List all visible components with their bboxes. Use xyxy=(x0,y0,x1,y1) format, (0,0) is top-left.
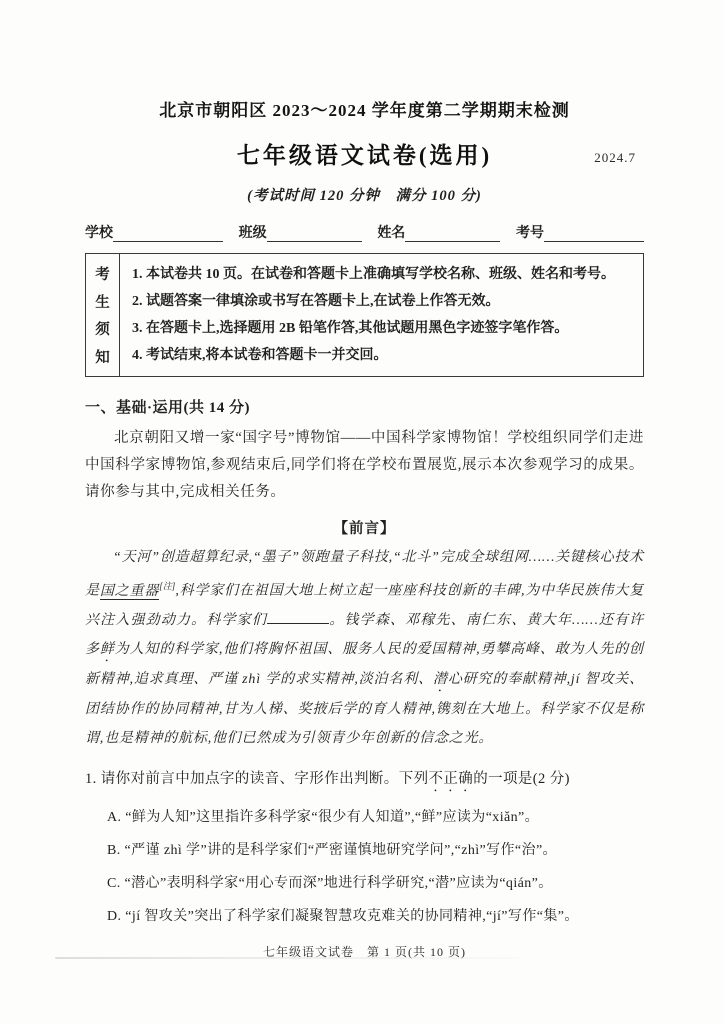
question1-stem: 1. 请你对前言中加点字的读音、字形作出判断。下列不正确的一项是(2 分) xyxy=(85,766,644,795)
page-content: 北京市朝阳区 2023～2024 学年度第二学期期末检测 七年级语文试卷(选用)… xyxy=(0,0,724,960)
class-field: 班级 xyxy=(239,222,362,242)
school-field-label: 学校 xyxy=(85,222,113,242)
notice-side-label: 考 生 须 知 xyxy=(86,254,120,376)
notice-side-char: 生 xyxy=(95,291,110,312)
page-title: 七年级语文试卷(选用) xyxy=(237,137,492,170)
question1-option-a: A. “鲜为人知”这里指许多科学家“很少有人知道”,“鲜”应读为“xiǎn”。 xyxy=(107,801,644,834)
notice-side-char: 须 xyxy=(95,318,110,339)
section1-intro-paragraph: 北京朝阳又增一家“国字号”博物馆——中国科学家博物馆！学校组织同学们走进中国科学… xyxy=(85,425,644,506)
question1-option-c: C. “潜心”表明科学家“用心专而深”地进行科学研究,“潜”应读为“qián”。 xyxy=(107,867,644,900)
preface-title: 【前言】 xyxy=(85,517,644,538)
question1-option-d: D. “jí 智攻关”突出了科学家们凝聚智慧攻克难关的协同精神,“jí”写作“集… xyxy=(107,900,644,933)
notice-side-char: 考 xyxy=(95,263,110,284)
exam-number-field-blank xyxy=(544,226,644,242)
preface-paragraph: “天河”创造超算纪录,“墨子”领跑量子科技,“北斗”完成全球组网……关键核心技术… xyxy=(85,543,644,753)
class-field-label: 班级 xyxy=(239,222,267,242)
notice-items: 1. 本试卷共 10 页。在试卷和答题卡上准确填写学校名称、班级、姓名和考号。 … xyxy=(120,254,643,376)
scan-artifact-line xyxy=(55,957,520,959)
name-field-blank xyxy=(405,226,500,242)
school-field: 学校 xyxy=(85,222,223,242)
title-row: 七年级语文试卷(选用) 2024.7 xyxy=(85,137,644,170)
exam-number-field: 考号 xyxy=(516,222,644,242)
class-field-blank xyxy=(267,226,362,242)
section1-heading: 一、基础·运用(共 14 分) xyxy=(85,396,644,417)
school-field-blank xyxy=(113,226,223,242)
notice-item: 3. 在答题卡上,选择题用 2B 铅笔作答,其他试题用黑色字迹签字笔作答。 xyxy=(132,315,633,342)
notice-item: 2. 试题答案一律填涂或书写在答题卡上,在试卷上作答无效。 xyxy=(132,288,633,315)
exam-header-line: 北京市朝阳区 2023～2024 学年度第二学期期末检测 xyxy=(85,96,644,121)
student-fields-row: 学校 班级 姓名 考号 xyxy=(85,222,644,242)
exam-number-field-label: 考号 xyxy=(516,222,544,242)
exam-info-line: (考试时间 120 分钟 满分 100 分) xyxy=(85,184,644,205)
notice-side-char: 知 xyxy=(95,346,110,367)
notice-item: 1. 本试卷共 10 页。在试卷和答题卡上准确填写学校名称、班级、姓名和考号。 xyxy=(132,261,633,288)
candidate-notice-table: 考 生 须 知 1. 本试卷共 10 页。在试卷和答题卡上准确填写学校名称、班级… xyxy=(85,253,644,377)
name-field-label: 姓名 xyxy=(377,222,405,242)
scanned-exam-page: 北京市朝阳区 2023～2024 学年度第二学期期末检测 七年级语文试卷(选用)… xyxy=(0,0,724,1024)
name-field: 姓名 xyxy=(377,222,500,242)
question1-option-b: B. “严谨 zhì 学”讲的是科学家们“严密谨慎地研究学问”,“zhì”写作“… xyxy=(107,834,644,867)
question1-options: A. “鲜为人知”这里指许多科学家“很少有人知道”,“鲜”应读为“xiǎn”。 … xyxy=(85,801,644,933)
exam-date: 2024.7 xyxy=(594,150,636,166)
notice-item: 4. 考试结束,将本试卷和答题卡一并交回。 xyxy=(132,342,633,369)
